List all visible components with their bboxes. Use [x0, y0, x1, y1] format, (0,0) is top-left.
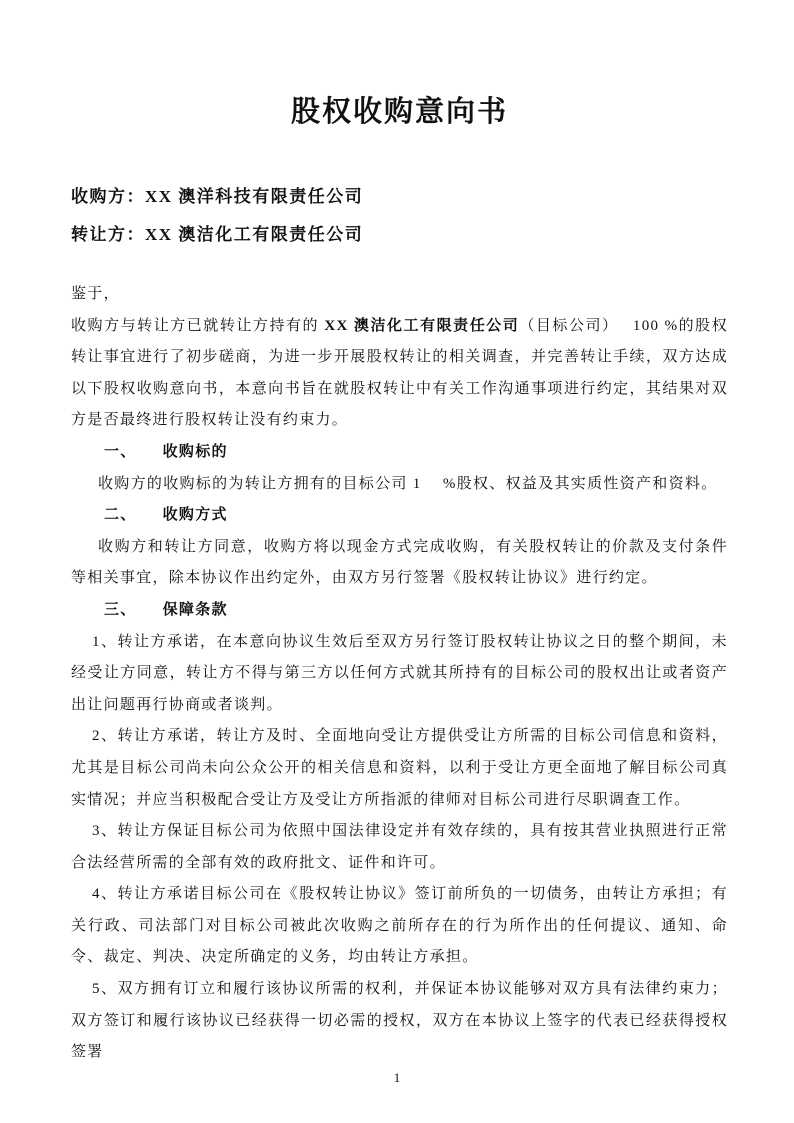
- acquirer-name: XX 澳洋科技有限责任公司: [145, 187, 363, 206]
- section-number: 二、: [104, 507, 137, 523]
- clause-paragraph-5: 5、双方拥有订立和履行该协议所需的权利，并保证本协议能够对双方具有法律约束力；双…: [71, 974, 728, 1069]
- target-company-name: XX 澳洁化工有限责任公司: [324, 318, 519, 334]
- party-line-acquirer: 收购方：XX 澳洋科技有限责任公司: [71, 178, 728, 216]
- section-paragraph: 收购方的收购标的为转让方拥有的目标公司 1 %股权、权益及其实质性资产和资料。: [71, 469, 728, 501]
- party-line-transferor: 转让方：XX 澳洁化工有限责任公司: [71, 216, 728, 254]
- section-heading-2: 二、收购方式: [71, 500, 728, 532]
- preamble-paragraph: 收购方与转让方已就转让方持有的 XX 澳洁化工有限责任公司（目标公司） 100 …: [71, 311, 728, 437]
- acquirer-label: 收购方：: [71, 187, 145, 206]
- transferor-label: 转让方：: [71, 225, 145, 244]
- clause-paragraph-3: 3、转让方保证目标公司为依照中国法律设定并有效存续的，具有按其营业执照进行正常合…: [71, 816, 728, 879]
- section-heading-3: 三、保障条款: [71, 595, 728, 627]
- clause-paragraph-4: 4、转让方承诺目标公司在《股权转让协议》签订前所负的一切债务，由转让方承担；有关…: [71, 879, 728, 974]
- section-number: 一、: [104, 444, 137, 460]
- section-title: 收购标的: [163, 444, 228, 460]
- document-page: 股权收购意向书 收购方：XX 澳洋科技有限责任公司 转让方：XX 澳洁化工有限责…: [0, 0, 794, 1123]
- preamble-segment: 收购方与转让方已就转让方持有的: [71, 318, 324, 334]
- section-heading-1: 一、收购标的: [71, 437, 728, 469]
- clause-paragraph-1: 1、转让方承诺，在本意向协议生效后至双方另行签订股权转让协议之日的整个期间，未经…: [71, 627, 728, 722]
- document-body: 鉴于， 收购方与转让方已就转让方持有的 XX 澳洁化工有限责任公司（目标公司） …: [71, 279, 728, 1069]
- parties-block: 收购方：XX 澳洋科技有限责任公司 转让方：XX 澳洁化工有限责任公司: [71, 178, 728, 254]
- section-title: 保障条款: [163, 602, 228, 618]
- section-number: 三、: [104, 602, 137, 618]
- section-title: 收购方式: [163, 507, 228, 523]
- document-title: 股权收购意向书: [71, 93, 728, 131]
- section-paragraph: 收购方和转让方同意，收购方将以现金方式完成收购，有关股权转让的价款及支付条件等相…: [71, 532, 728, 595]
- page-number: 1: [0, 1070, 794, 1086]
- preamble-segment: （目标公司） 100 %的股权转让事宜进行了初步磋商，为进一步开展股权转让的相关…: [71, 318, 728, 429]
- clause-paragraph-2: 2、转让方承诺，转让方及时、全面地向受让方提供受让方所需的目标公司信息和资料，尤…: [71, 721, 728, 816]
- preamble-lead: 鉴于，: [71, 279, 728, 311]
- transferor-name: XX 澳洁化工有限责任公司: [145, 225, 363, 244]
